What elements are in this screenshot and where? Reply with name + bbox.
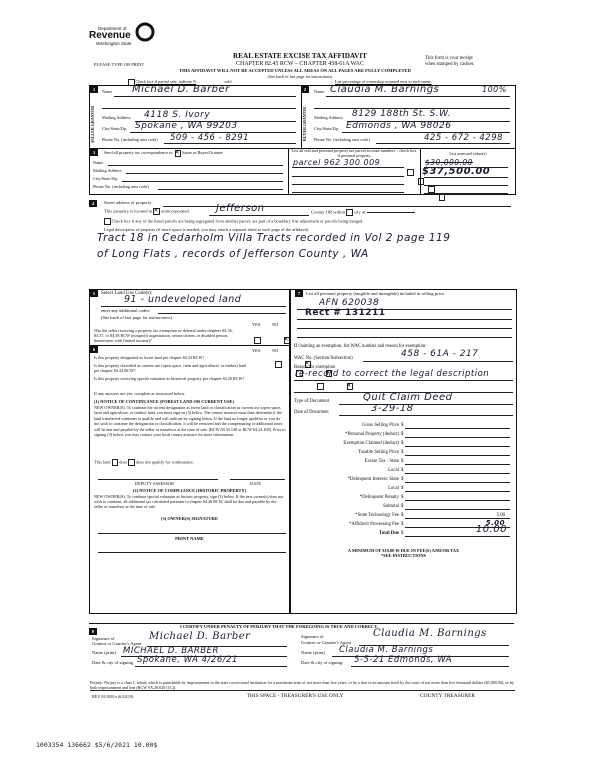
buyer-city-label: City/State/Zip <box>314 126 338 132</box>
grantor-date-label: Date & city of signing <box>92 660 133 666</box>
see-back-label: (See back of last page for instructions) <box>101 315 172 321</box>
buyer-name-label: Name <box>314 89 324 95</box>
section-number: 6 <box>90 346 98 353</box>
form-title: REAL ESTATE EXCISE TAX AFFIDAVIT <box>200 53 400 59</box>
grantee-date-field[interactable]: 5-5-21 Edmonds, WA <box>354 655 452 665</box>
section-5-6-left: 5 Select Land Use Code(s): 91 - undevelo… <box>89 289 290 614</box>
doc-date-field[interactable]: 3-29-18 <box>371 403 414 414</box>
section-number: 3 <box>90 149 98 156</box>
reason-field[interactable]: re-record to correct the legal descripti… <box>295 369 489 379</box>
corr-phone-label: Phone No. (including area code) <box>93 184 149 190</box>
form-subtitle: CHAPTER 82.45 RCW – CHAPTER 458-61A WAC <box>200 61 400 67</box>
grantor-signature[interactable]: Michael D. Barber <box>149 631 250 642</box>
this-land-row: This land does does not qualify for cont… <box>94 459 194 466</box>
section-8-signatures: 8 I CERTIFY UNDER PENALTY OF PERJURY THA… <box>89 623 514 679</box>
buyer-mailing-label: Mailing Address <box>314 115 343 121</box>
notice-compliance-body: NEW OWNER(S): To continue special valuat… <box>94 494 286 509</box>
personal-property-line-1[interactable]: AFN 620038 <box>319 298 379 308</box>
seller-city-field[interactable]: Spokane , WA 99203 <box>135 121 238 131</box>
section-number: 1 <box>90 86 98 93</box>
exemption-claimed-field[interactable] <box>405 446 510 447</box>
fee-label: Total Due <box>291 531 399 537</box>
grantee-name-field[interactable]: Claudia M. Barnings <box>339 645 433 655</box>
buyer-percent-field[interactable]: 100% <box>482 85 507 94</box>
county-treasurer-label: COUNTY TREASURER <box>420 693 475 699</box>
if-yes-note: If any answers are yes, complete as inst… <box>94 391 185 397</box>
buyer-phone-field[interactable]: 425 - 672 - 4298 <box>424 133 503 143</box>
seller-phone-label: Phone No. (including area code) <box>102 137 158 143</box>
forest-land-question: Is this property designated as forest la… <box>94 355 249 360</box>
buyer-name-field[interactable]: Claudia M. Barnings <box>330 84 439 95</box>
corr-mailing-label: Mailing Address <box>93 168 122 174</box>
does-checkbox[interactable] <box>112 459 119 466</box>
wac-label: WAC No. (Section/Subsection) <box>294 356 353 362</box>
seller-mailing-field[interactable]: 4118 S. Ivory <box>144 110 210 120</box>
fee-label: *Delinquent Interest: State <box>291 477 399 483</box>
section-number: 5 <box>90 290 98 297</box>
section-3-tax-correspondence: 3 Send all property tax correspondence t… <box>89 148 516 195</box>
corr-name-label: Name <box>93 160 103 166</box>
no-header: NO <box>272 322 278 328</box>
city-of-checkbox[interactable] <box>346 209 353 216</box>
fee-label: Excise Tax : State <box>291 459 399 465</box>
historic-question: Is this property receiving special valua… <box>94 376 249 381</box>
seller-name-field[interactable]: Michael D. Barber <box>132 84 230 95</box>
segregated-checkbox[interactable] <box>104 218 111 225</box>
delinquent-interest-state-field[interactable] <box>405 482 510 483</box>
section-4-property: 4 Street address of property: This prope… <box>89 196 514 256</box>
section-number: 7 <box>295 290 303 297</box>
personal-property-checkbox-1[interactable] <box>407 169 414 176</box>
street-address-label: Street address of property: <box>104 200 153 206</box>
agency-line3: Washington State <box>96 41 131 47</box>
additional-codes-label: enter any additional codes: <box>101 308 150 314</box>
personal-property-line-2[interactable]: Rect # 131211 <box>305 308 386 318</box>
corr-city-label: City/State/Zip <box>93 176 117 182</box>
section-number: 4 <box>89 200 97 207</box>
same-as-buyer-label: Same as Buyer/Grantee <box>182 150 223 155</box>
seller-city-label: City/State/Zip <box>102 126 126 132</box>
delinquent-penalty-field[interactable] <box>405 500 510 501</box>
fee-label: Subtotal <box>291 504 399 510</box>
exemption-yes-checkbox[interactable] <box>254 337 261 344</box>
grantor-name-label: Name (print) <box>92 650 116 656</box>
send-to-label: Send all property tax correspondence to:… <box>104 150 223 157</box>
county-or-city-row: County OR within city of <box>311 209 415 216</box>
fee-label: Local <box>291 468 399 474</box>
gross-selling-price-field[interactable] <box>405 428 510 429</box>
doc-type-field[interactable]: Quit Claim Deed <box>363 392 453 403</box>
total-due-field[interactable]: 10.00 <box>441 524 507 535</box>
delinquent-interest-local-field[interactable] <box>405 491 510 492</box>
seller-mailing-label: Mailing Address <box>102 115 131 121</box>
personal-property-deduct-field[interactable] <box>405 437 510 438</box>
located-row: This property is located in unincorporat… <box>104 208 189 215</box>
grantee-date-label: Date & city of signing: <box>301 660 343 666</box>
please-type: PLEASE TYPE OR PRINT <box>94 62 144 68</box>
date-label: DATE <box>250 481 261 487</box>
grantee-signature[interactable]: Claudia M. Barnings <box>373 628 487 639</box>
seller-phone-field[interactable]: 509 - 456 - 8291 <box>170 133 249 143</box>
fee-label: Local <box>291 486 399 492</box>
buyer-side-label: BUYER GRANTEE <box>303 104 311 144</box>
agency-line2: Revenue <box>89 31 131 41</box>
section-2-buyer: 2 BUYER GRANTEE Name Claudia M. Barnings… <box>301 85 516 149</box>
yes-header: YES <box>252 322 260 328</box>
seller-side-label: SELLER GRANTOR <box>91 104 99 144</box>
buyer-phone-label: Phone No. (including area code) <box>314 137 370 143</box>
exemption-question: Was the seller receiving a property tax … <box>94 328 244 343</box>
personal-property-label: List all personal property (tangible and… <box>306 291 511 296</box>
section-7-fees: 7 List all personal property (tangible a… <box>289 289 517 614</box>
fee-label: Taxable Selling Price <box>291 450 399 456</box>
fee-label: Exemption Claimed (deduct) <box>291 441 399 447</box>
cashier-stamp: 1003354 136662 $5/6/2021 10.00$ <box>36 741 157 749</box>
doc-date-label: Date of Document <box>294 410 329 416</box>
dor-logo: Department of Revenue Washington State <box>88 22 158 52</box>
wac-number-field[interactable]: 458 - 61A - 217 <box>401 349 478 359</box>
fee-label: *Delinquent Penalty <box>291 495 399 501</box>
yes-header-6: YES <box>252 348 260 354</box>
assessed-value-field[interactable]: $37,500.00 <box>422 166 490 177</box>
dor-logo-icon <box>135 22 155 42</box>
taxable-selling-price-field[interactable] <box>405 455 510 456</box>
seller-name-label: Name <box>102 89 112 95</box>
personal-property-checkbox-3[interactable] <box>428 186 435 193</box>
grantee-name-label: Name (print) <box>301 650 325 656</box>
buyer-mailing-field[interactable]: 8129 188th St. S.W. <box>352 109 451 119</box>
excise-tax-local-field[interactable] <box>405 473 510 474</box>
deputy-assessor-label: DEPUTY ASSESSOR <box>135 481 174 487</box>
section-1-seller: 1 SELLER GRANTOR Name Michael D. Barber … <box>89 85 302 149</box>
excise-tax-state-field[interactable] <box>405 464 510 465</box>
forest-yes-checkbox[interactable] <box>275 361 282 368</box>
current-use-question: Is this property classified as current u… <box>94 363 249 373</box>
fee-label: *State Technology Fee <box>291 513 399 519</box>
unincorporated-checkbox[interactable] <box>153 208 160 215</box>
county-field[interactable]: Jefferson <box>216 203 265 214</box>
fee-label: Gross Selling Price <box>291 423 399 429</box>
owner-signature-label: (3) OWNER(S) SIGNATURE <box>90 516 289 522</box>
buyer-city-field[interactable]: Edmonds , WA 98026 <box>346 121 451 131</box>
fee-label: *Personal Property (deduct) <box>291 432 399 438</box>
does-not-checkbox[interactable] <box>128 459 135 466</box>
fee-label: *Affidavit Processing Fee <box>291 522 399 528</box>
form-number: REV 84 0001a (6/24/19) <box>92 694 133 700</box>
parcel-number-field[interactable]: parcel 962 300 009 <box>293 158 380 167</box>
same-as-buyer-checkbox[interactable] <box>175 150 182 157</box>
land-use-field[interactable]: 91 - undeveloped land <box>124 294 241 305</box>
assessed-header: List assessed value(s) <box>422 151 514 157</box>
grantor-date-field[interactable]: Spokane, WA 4/26/21 <box>137 655 238 665</box>
segregated-row: Check box if any of the listed parcels a… <box>104 218 363 225</box>
subtotal-field[interactable] <box>405 509 510 510</box>
legal-description-line-2[interactable]: of Long Flats , records of Jefferson Cou… <box>97 248 369 260</box>
doc-type-label: Type of Document <box>294 399 329 405</box>
perjury-notice: Perjury: Perjury is a class C felony whi… <box>90 680 515 690</box>
section-number: 2 <box>301 86 309 93</box>
legal-description-line-1[interactable]: Tract 18 in Cedarholm Villa Tracts recor… <box>97 232 450 244</box>
section-number: 8 <box>89 628 97 635</box>
treasurer-use-label: THIS SPACE - TREASURER'S USE ONLY <box>220 693 370 699</box>
no-header-6: NO <box>272 348 278 354</box>
notice-continuance-body: NEW OWNER(S): To continue the current de… <box>94 405 286 437</box>
print-name-label: PRINT NAME <box>90 536 289 542</box>
see-instructions-note: *SEE INSTRUCTIONS <box>291 553 516 559</box>
